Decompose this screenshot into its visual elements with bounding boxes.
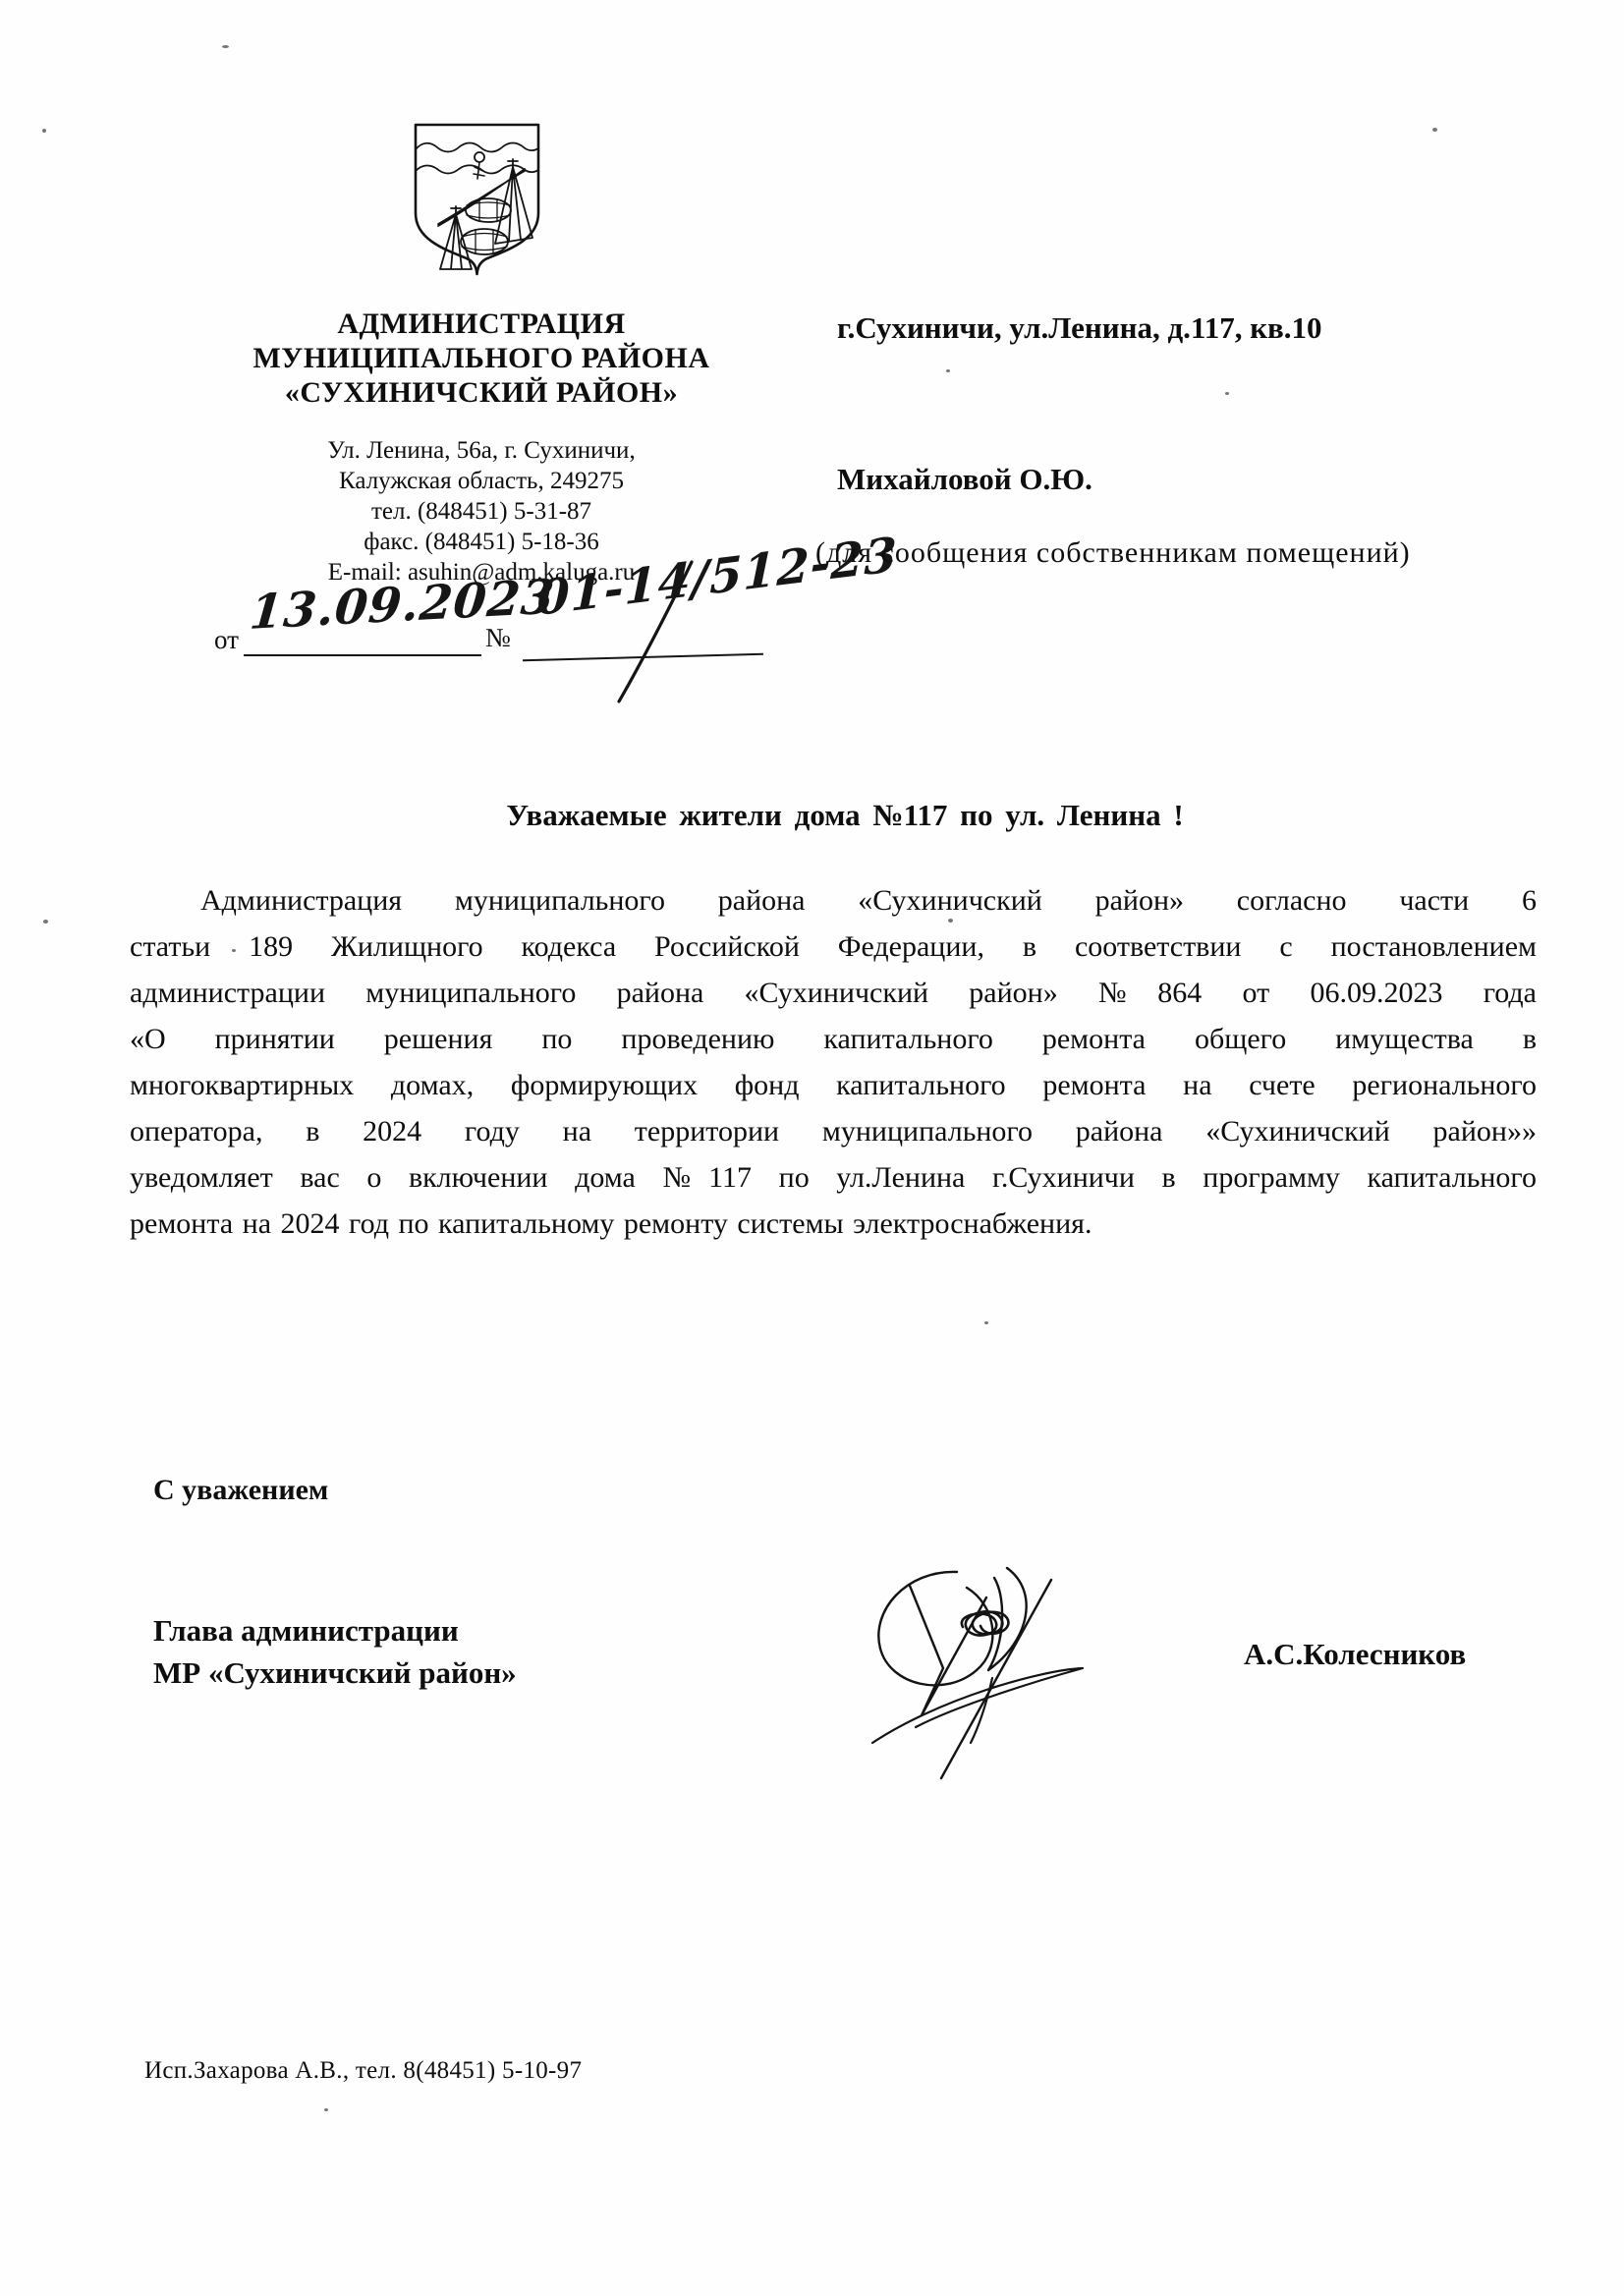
org-address-line: тел. (848451) 5-31-87 [187,496,776,527]
coat-of-arms-icon [411,120,543,279]
org-name-line: АДМИНИСТРАЦИЯ [167,307,796,341]
scan-artifact [984,1321,988,1324]
handwriting-slash-flourish [601,558,700,705]
scan-artifact [1225,392,1229,395]
position-line: МР «Сухиничский район» [153,1652,517,1694]
scan-artifact [1432,128,1437,132]
body-line: статьи 189 Жилищного кодекса Российской … [130,924,1537,970]
scan-artifact [324,2108,328,2111]
date-label: от [214,625,239,655]
salutation: С уважением [153,1474,328,1507]
org-name: АДМИНИСТРАЦИЯ МУНИЦИПАЛЬНОГО РАЙОНА «СУХ… [167,307,796,410]
org-address-line: Ул. Ленина, 56а, г. Сухиничи, [187,435,776,466]
letter-body: Администрация муниципального района «Сух… [130,877,1537,1247]
org-name-line: «СУХИНИЧСКИЙ РАЙОН» [167,375,796,410]
body-line: администрации муниципального района «Сух… [130,970,1537,1016]
number-label: № [485,623,511,653]
body-line: «О принятии решения по проведению капита… [130,1016,1537,1062]
date-underline [244,654,481,656]
signatory-position: Глава администрации МР «Сухиничский райо… [153,1609,517,1694]
recipient-name: Михайловой О.Ю. [837,462,1092,497]
recipient-note: (для сообщения собственникам помещений) [815,536,1411,570]
position-line: Глава администрации [153,1609,517,1652]
scan-artifact [222,45,229,48]
body-line: Администрация муниципального района «Сух… [130,877,1537,924]
body-line: оператора, в 2024 году на территории мун… [130,1108,1537,1154]
org-address-line: Калужская область, 249275 [187,466,776,496]
scanned-letter-page: АДМИНИСТРАЦИЯ МУНИЦИПАЛЬНОГО РАЙОНА «СУХ… [0,0,1624,2296]
subject-line: Уважаемые жители дома №117 по ул. Ленина… [128,798,1562,833]
body-line: уведомляет вас о включении дома №117 по … [130,1154,1537,1201]
signatory-name: А.С.Колесников [1244,1637,1466,1672]
org-name-line: МУНИЦИПАЛЬНОГО РАЙОНА [167,341,796,375]
body-line: ремонта на 2024 год по капитальному ремо… [130,1201,1537,1247]
body-line: многоквартирных домах, формирующих фонд … [130,1062,1537,1108]
executor-line: Исп.Захарова А.В., тел. 8(48451) 5-10-97 [144,2057,582,2085]
scan-artifact [946,369,950,372]
scan-artifact [948,919,953,923]
handwritten-signature [847,1550,1151,1781]
recipient-address: г.Сухиничи, ул.Ленина, д.117, кв.10 [837,310,1322,346]
scan-artifact [43,920,48,924]
scan-artifact [232,949,236,952]
scan-artifact [42,129,46,133]
